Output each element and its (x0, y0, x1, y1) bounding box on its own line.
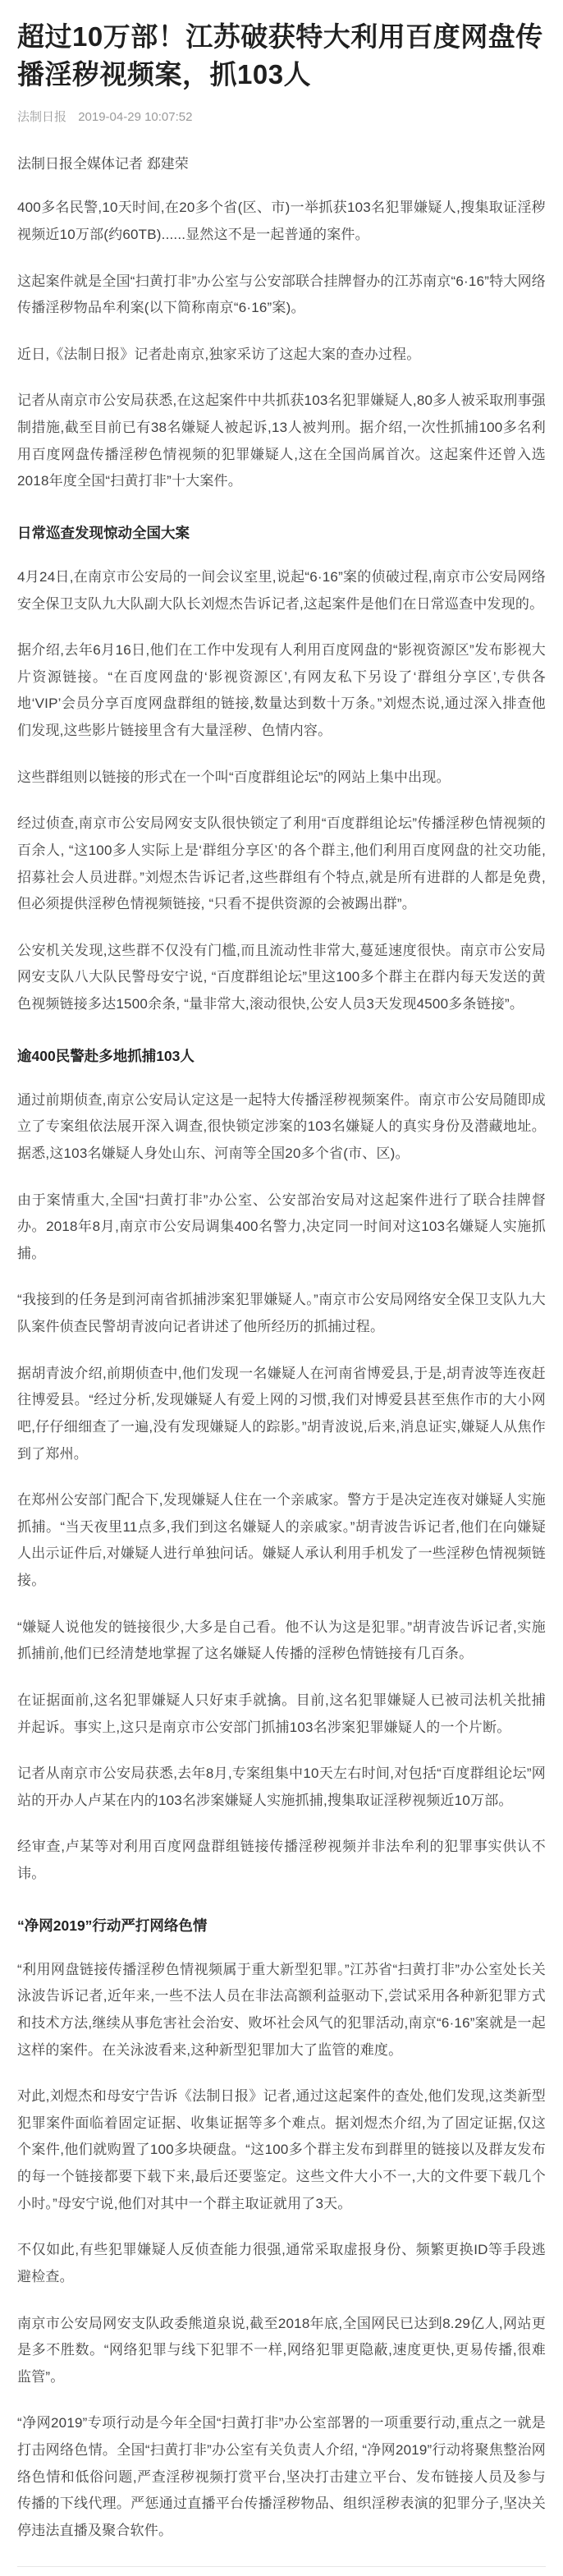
paragraph: 不仅如此,有些犯罪嫌疑人反侦查能力很强,通常采取虚报身份、频繁更换ID等手段逃避… (17, 2237, 546, 2290)
source-name: 法制日报 (17, 110, 66, 124)
bottom-divider (17, 2566, 546, 2568)
article-meta: 法制日报 2019-04-29 10:07:52 (17, 108, 546, 125)
article-title: 超过10万部！江苏破获特大利用百度网盘传播淫秽视频案，抓103人 (17, 18, 546, 93)
section-heading: 逾400民警赴多地抓捕103人 (17, 1045, 546, 1068)
paragraph: 近日,《法制日报》记者赴南京,独家采访了这起大案的查办过程。 (17, 342, 546, 369)
paragraph: 由于案情重大,全国“扫黄打非”办公室、公安部治安局对这起案件进行了联合挂牌督办。… (17, 1187, 546, 1268)
paragraph: “净网2019”专项行动是今年全国“扫黄打非”办公室部署的一项重要行动,重点之一… (17, 2410, 546, 2544)
paragraph: 4月24日,在南京市公安局的一间会议室里,说起“6·16”案的侦破过程,南京市公… (17, 564, 546, 618)
paragraph: 据胡青波介绍,前期侦查中,他们发现一名嫌疑人在河南省博爱县,于是,胡青波等连夜赶… (17, 1361, 546, 1468)
publish-time: 2019-04-29 10:07:52 (78, 110, 192, 124)
paragraph: 通过前期侦查,南京公安局认定这是一起特大传播淫秽视频案件。南京市公安局随即成立了… (17, 1087, 546, 1168)
paragraph: 这起案件就是全国“扫黄打非”办公室与公安部联合挂牌督办的江苏南京“6·16”特大… (17, 269, 546, 322)
paragraph: 对此,刘煜杰和母安宁告诉《法制日报》记者,通过这起案件的查处,他们发现,这类新型… (17, 2083, 546, 2217)
byline: 法制日报全媒体记者 郄建荣 (17, 153, 546, 175)
paragraph: 经过侦查,南京市公安局网安支队很快锁定了利用“百度群组论坛”传播淫秽色情视频的百… (17, 810, 546, 918)
paragraph: 公安机关发现,这些群不仅没有门槛,而且流动性非常大,蔓延速度很快。南京市公安局网… (17, 938, 546, 1018)
paragraph: 在证据面前,这名犯罪嫌疑人只好束手就擒。目前,这名犯罪嫌疑人已被司法机关批捕并起… (17, 1687, 546, 1741)
paragraph: “嫌疑人说他发的链接很少,大多是自己看。他不认为这是犯罪。”胡青波告诉记者,实施… (17, 1614, 546, 1668)
article-body: 400多名民警,10天时间,在20多个省(区、市)一举抓获103名犯罪嫌疑人,搜… (17, 195, 546, 2544)
section-heading: “净网2019”行动严打网络色情 (17, 1914, 546, 1937)
section-heading: 日常巡查发现惊动全国大案 (17, 521, 546, 544)
paragraph: 记者从南京市公安局获悉,在这起案件中共抓获103名犯罪嫌疑人,80多人被采取刑事… (17, 388, 546, 495)
paragraph: 400多名民警,10天时间,在20多个省(区、市)一举抓获103名犯罪嫌疑人,搜… (17, 195, 546, 248)
paragraph: 南京市公安局网安支队政委熊道泉说,截至2018年底,全国网民已达到8.29亿人,… (17, 2311, 546, 2391)
paragraph: 据介绍,去年6月16日,他们在工作中发现有人利用百度网盘的“影视资源区”发布影视… (17, 637, 546, 745)
paragraph: “利用网盘链接传播淫秽色情视频属于重大新型犯罪。”江苏省“扫黄打非”办公室处长关… (17, 1957, 546, 2064)
article-page: 超过10万部！江苏破获特大利用百度网盘传播淫秽视频案，抓103人 法制日报 20… (0, 0, 563, 2576)
paragraph: 这些群组则以链接的形式在一个叫“百度群组论坛”的网站上集中出现。 (17, 765, 546, 792)
paragraph: 记者从南京市公安局获悉,去年8月,专案组集中10天左右时间,对包括“百度群组论坛… (17, 1761, 546, 1814)
paragraph: “我接到的任务是到河南省抓捕涉案犯罪嫌疑人。”南京市公安局网络安全保卫支队九大队… (17, 1287, 546, 1340)
paragraph: 经审查,卢某等对利用百度网盘群组链接传播淫秽视频并非法牟利的犯罪事实供认不讳。 (17, 1834, 546, 1887)
paragraph: 在郑州公安部门配合下,发现嫌疑人住在一个亲戚家。警方于是决定连夜对嫌疑人实施抓捕… (17, 1487, 546, 1595)
